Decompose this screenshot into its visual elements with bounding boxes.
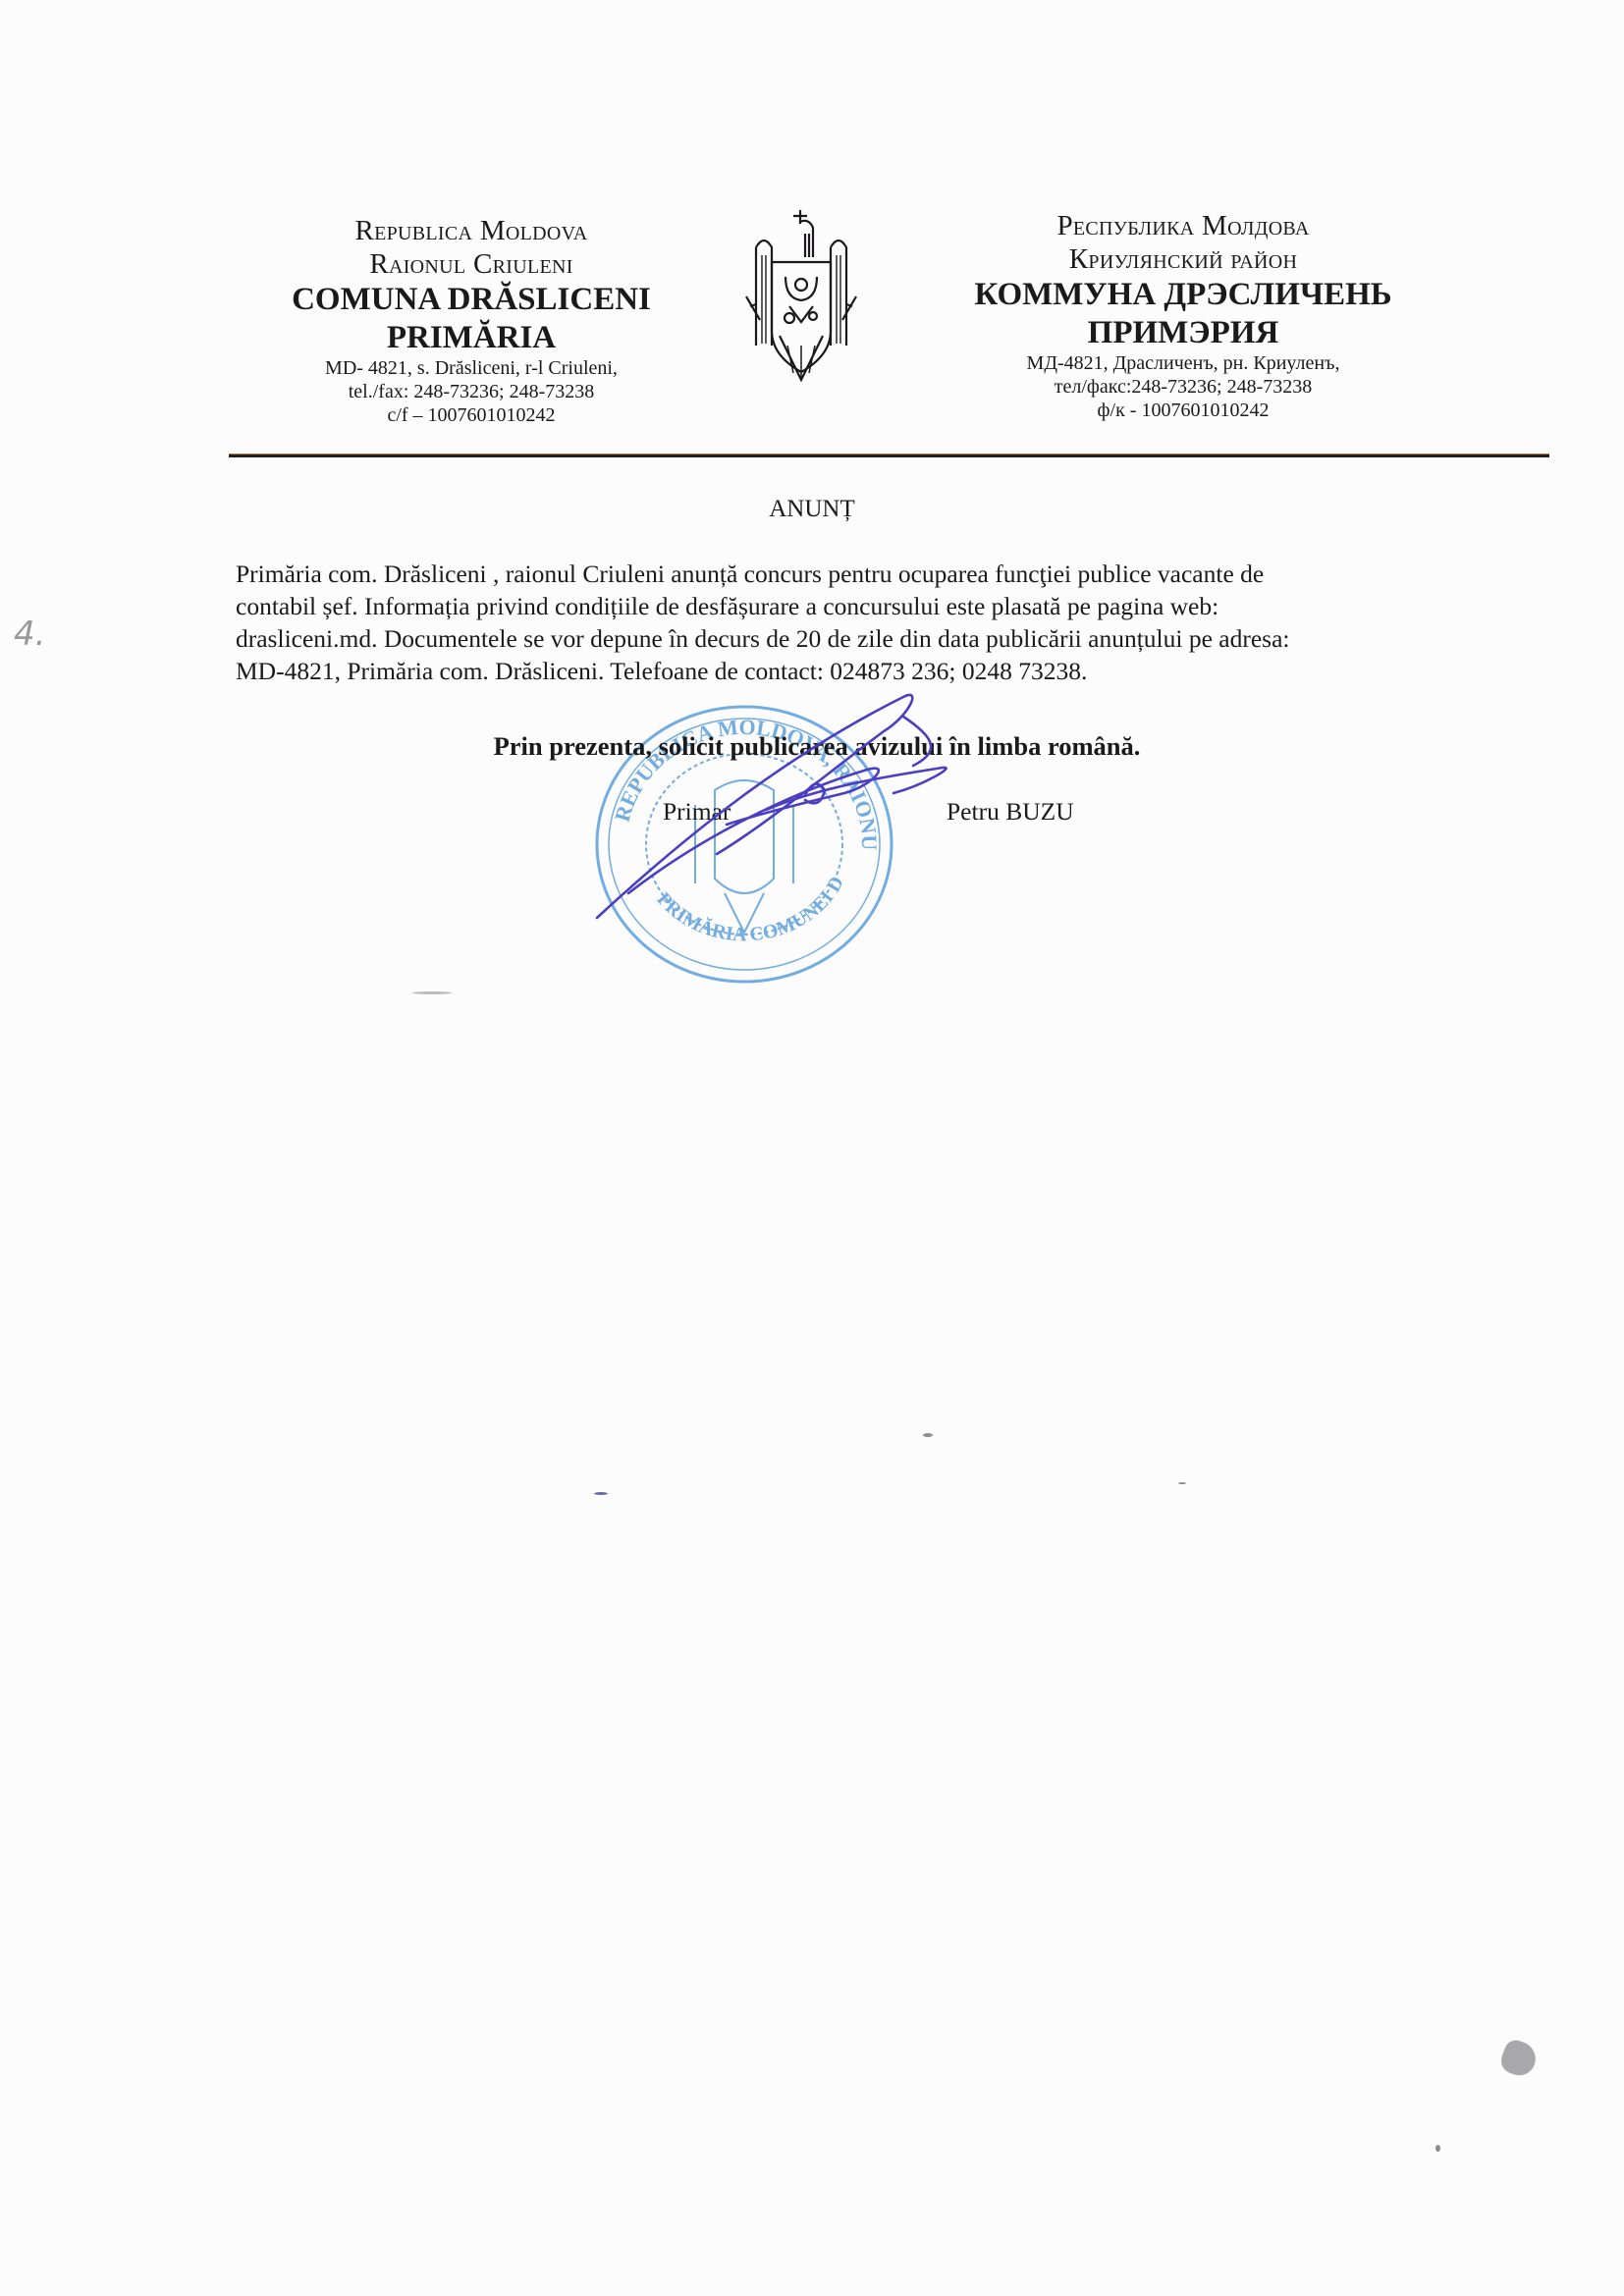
scan-speck [1178,1482,1186,1484]
letterhead-russian: Республика Молдова Криулянский район КОМ… [938,209,1429,422]
moldova-coat-of-arms-icon [741,208,861,390]
header-divider [229,454,1549,457]
institution-name-ru: ПРИМЭРИЯ [938,314,1429,352]
fiscal-code: c/f – 1007601010242 [250,404,692,428]
address-ru: МД-4821, Дрaсличенъ, рн. Криуленъ, [938,352,1429,376]
scan-speck [1435,2145,1440,2152]
phone-fax-ru: тел/факс:248-73236; 248-73238 [938,376,1429,400]
handwritten-signature [569,677,1011,972]
scan-speck [594,1492,608,1495]
country-name-ru: Республика Молдова [938,209,1429,242]
body-line: contabil șef. Informația privind condiți… [236,590,1551,622]
country-name: Republica Moldova [250,214,692,247]
body-line: drasliceni.md. Documentele se vor depune… [236,622,1551,655]
scan-speck [412,991,452,994]
page-number-handwritten: 4. [14,614,45,654]
scan-speck [923,1433,933,1437]
announcement-body: Primăria com. Drăsliceni , raionul Criul… [236,558,1551,687]
fiscal-code-ru: ф/к - 1007601010242 [938,400,1429,423]
institution-name: PRIMĂRIA [250,319,692,357]
scan-artifact [1497,2037,1541,2080]
district-name: Raionul Criuleni [250,247,692,281]
document-title: ANUNȚ [0,496,1624,523]
district-name-ru: Криулянский район [938,242,1429,276]
commune-name: COMUNA DRĂSLICENI [250,281,692,319]
body-line: Primăria com. Drăsliceni , raionul Criul… [236,558,1551,590]
address: MD- 4821, s. Drăsliceni, r-l Criuleni, [250,357,692,381]
letterhead-romanian: Republica Moldova Raionul Criuleni COMUN… [250,214,692,427]
phone-fax: tel./fax: 248-73236; 248-73238 [250,381,692,404]
commune-name-ru: КОММУНА ДРЭСЛИЧЕНЬ [938,276,1429,314]
